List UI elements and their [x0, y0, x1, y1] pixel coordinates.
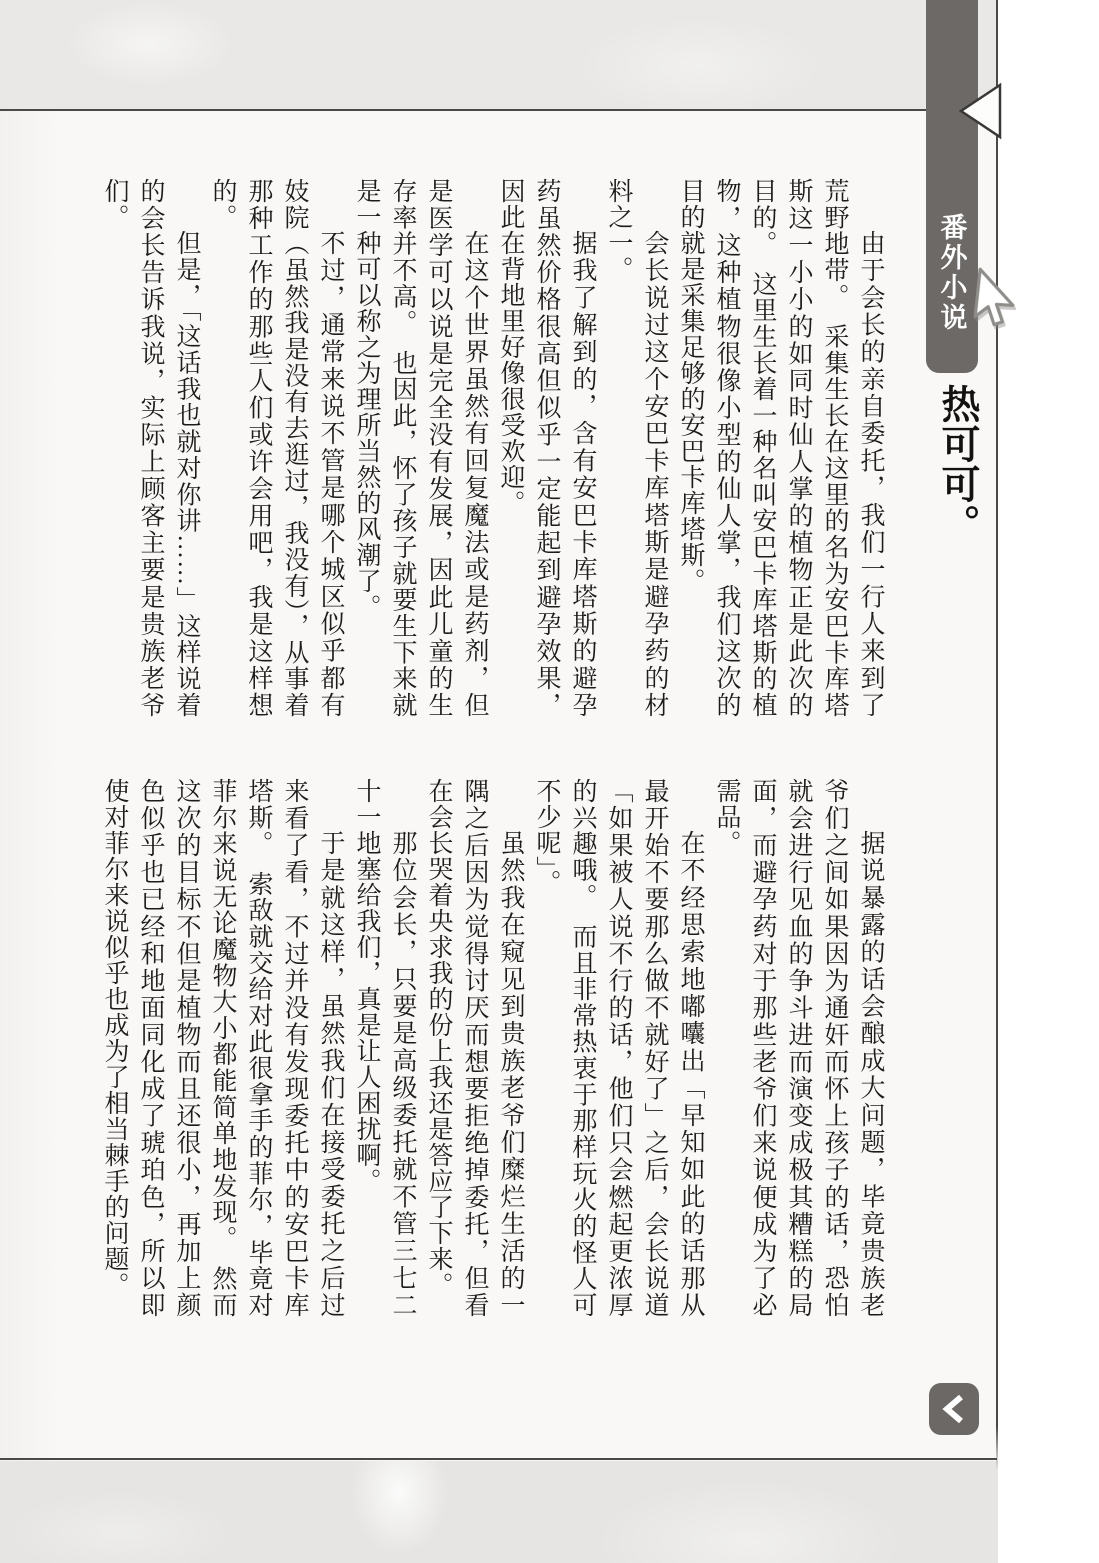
story-block-top: 由于会长的亲自委托，我们一行人来到了荒野地带。 采集生长在这里的名为安巴卡库塔斯… [96, 178, 888, 718]
mouse-cursor-icon [971, 260, 1020, 336]
paragraph: 于是就这样，虽然我们在接受委托之后过来看了看，不过并没有发现委托中的安巴卡库塔斯… [96, 778, 348, 1318]
page-title: 热可可。 [929, 384, 985, 544]
page-notch-chevron-icon[interactable] [952, 80, 1002, 142]
chapter-banner-tab: 番外小说 [926, 0, 978, 373]
top-margin-band [0, 0, 998, 110]
paragraph: 会长说过这个安巴卡库塔斯是避孕药的材料之一。 [600, 178, 672, 718]
paragraph: 在不经思索地嘟囔出「早知如此的话那从最开始不要那么做不就好了」之后，会长说道「如… [528, 778, 708, 1318]
reader-window: 番外小说 热可可。 由于会长的亲自委托，我们一行人来到了荒野地带。 采集生长在这… [0, 0, 1099, 1563]
story-block-bottom: 据说暴露的话会酿成大问题，毕竟贵族老爷们之间如果因为通奸而怀上孩子的话，恐怕就会… [96, 778, 888, 1318]
back-button[interactable] [929, 1383, 979, 1435]
paragraph: 在这个世界虽然有回复魔法或是药剂，但是医学可以说是完全没有发展，因此儿童的生存率… [348, 178, 492, 718]
paragraph: 那位会长，只要是高级委托就不管三七二十一地塞给我们，真是让人困扰啊。 [348, 778, 420, 1318]
bottom-border-rule [0, 1458, 997, 1460]
paragraph: 据我了解到的，含有安巴卡库塔斯的避孕药虽然价格很高但似乎一定能起到避孕效果，因此… [492, 178, 600, 718]
right-border-rule [996, 0, 998, 1470]
chevron-left-icon [941, 1394, 967, 1424]
paragraph: 不过，通常来说不管是哪个城区似乎都有妓院（虽然我是没有去逛过，我没有），从事着那… [204, 178, 348, 718]
top-border-rule [0, 109, 927, 111]
paragraph: 但是，「这话我也就对你讲……」这样说着的会长告诉我说，实际上顾客主要是贵族老爷们… [96, 178, 204, 718]
paragraph: 据说暴露的话会酿成大问题，毕竟贵族老爷们之间如果因为通奸而怀上孩子的话，恐怕就会… [708, 778, 888, 1318]
paragraph: 由于会长的亲自委托，我们一行人来到了荒野地带。 采集生长在这里的名为安巴卡库塔斯… [672, 178, 888, 718]
paragraph: 虽然我在窥见到贵族老爷们糜烂生活的一隅之后因为觉得讨厌而想要拒绝掉委托，但看在会… [420, 778, 528, 1318]
page-right-gutter [998, 0, 1099, 1563]
chapter-banner-label: 番外小说 [933, 213, 972, 333]
bottom-margin-band [0, 1461, 998, 1563]
